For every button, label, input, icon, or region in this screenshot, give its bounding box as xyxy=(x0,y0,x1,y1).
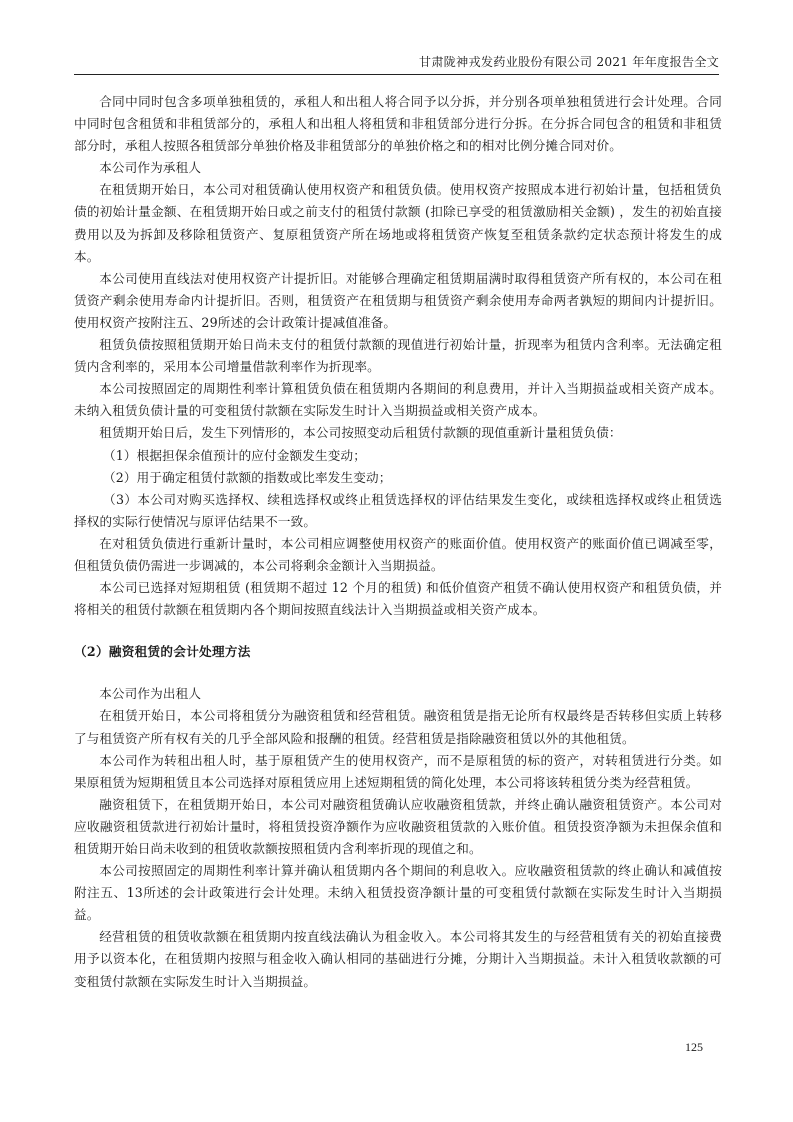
paragraph: 租赁负债按照租赁期开始日尚未支付的租赁付款额的现值进行初始计量，折现率为租赁内含… xyxy=(74,334,722,378)
paragraph: 本公司已选择对短期租赁 (租赁期不超过 12 个月的租赁) 和低价值资产租赁不确… xyxy=(74,577,722,621)
paragraph: 合同中同时包含多项单独租赁的，承租人和出租人将合同予以分拆，并分别各项单独租赁进… xyxy=(74,91,722,157)
paragraph: 本公司作为出租人 xyxy=(74,683,722,705)
report-title: 甘肃陇神戎发药业股份有限公司 2021 年年度报告全文 xyxy=(419,53,719,71)
paragraph: 本公司使用直线法对使用权资产计提折旧。对能够合理确定租赁期届满时取得租赁资产所有… xyxy=(74,268,722,334)
paragraph: 租赁期开始日后，发生下列情形的，本公司按照变动后租赁付款额的现值重新计量租赁负债… xyxy=(74,422,722,444)
paragraph: 本公司作为承租人 xyxy=(74,157,722,179)
page-number: 125 xyxy=(0,1040,793,1055)
paragraph: 在对租赁负债进行重新计量时，本公司相应调整使用权资产的账面价值。使用权资产的账面… xyxy=(74,533,722,577)
paragraph: 在租赁期开始日，本公司对租赁确认使用权资产和租赁负债。使用权资产按照成本进行初始… xyxy=(74,179,722,267)
list-item: （1）根据担保余值预计的应付金额发生变动； xyxy=(74,445,722,467)
paragraph: 本公司作为转租出租人时，基于原租赁产生的使用权资产，而不是原租赁的标的资产，对转… xyxy=(74,750,722,794)
paragraph: 本公司按照固定的周期性利率计算并确认租赁期内各个期间的利息收入。应收融资租赁款的… xyxy=(74,860,722,926)
paragraph: 融资租赁下，在租赁期开始日，本公司对融资租赁确认应收融资租赁款，并终止确认融资租… xyxy=(74,794,722,860)
page-header: 甘肃陇神戎发药业股份有限公司 2021 年年度报告全文 xyxy=(74,50,719,75)
list-item: （2）用于确定租赁付款额的指数或比率发生变动； xyxy=(74,467,722,489)
list-item: （3）本公司对购买选择权、续租选择权或终止租赁选择权的评估结果发生变化，或续租选… xyxy=(74,489,722,533)
paragraph: 经营租赁的租赁收款额在租赁期内按直线法确认为租金收入。本公司将其发生的与经营租赁… xyxy=(74,926,722,992)
section-heading: （2）融资租赁的会计处理方法 xyxy=(74,641,722,663)
paragraph: 在租赁开始日，本公司将租赁分为融资租赁和经营租赁。融资租赁是指无论所有权最终是否… xyxy=(74,705,722,749)
paragraph: 本公司按照固定的周期性利率计算租赁负债在租赁期内各期间的利息费用，并计入当期损益… xyxy=(74,378,722,422)
document-body: 合同中同时包含多项单独租赁的，承租人和出租人将合同予以分拆，并分别各项单独租赁进… xyxy=(74,91,722,993)
